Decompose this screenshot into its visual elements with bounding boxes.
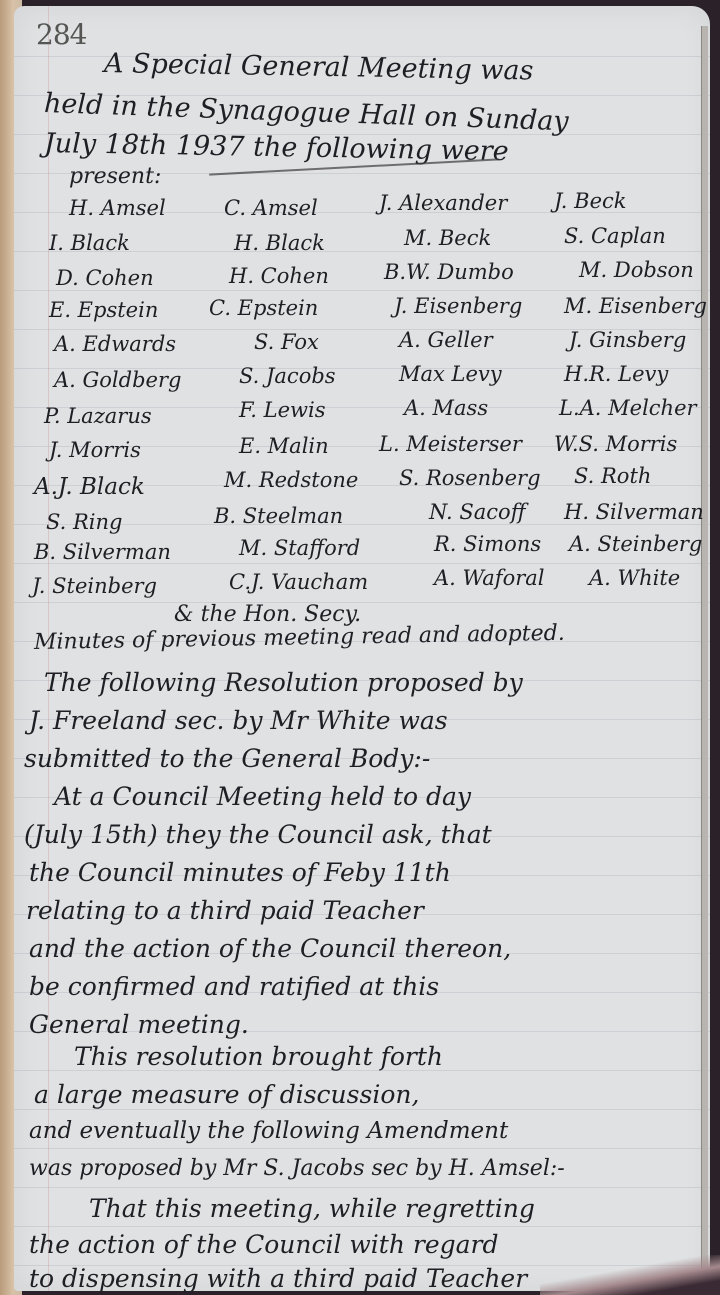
attendee-name: M. Dobson: [579, 258, 694, 282]
attendee-name: H.R. Levy: [564, 362, 668, 386]
resolution-line: The following Resolution proposed by: [44, 668, 523, 697]
attendee-name: C.J. Vaucham: [229, 570, 368, 594]
page-edge: [701, 26, 708, 1286]
attendee-name: W.S. Morris: [554, 432, 677, 456]
attendee-name: J. Steinberg: [32, 574, 157, 598]
attendee-name: A. Edwards: [54, 332, 176, 356]
intro-line: present:: [69, 164, 161, 189]
attendee-name: A. White: [589, 566, 680, 590]
resolution-line: (July 15th) they the Council ask, that: [24, 820, 492, 849]
attendee-name: I. Black: [49, 231, 130, 255]
attendee-name: F. Lewis: [239, 398, 326, 422]
attendee-name: J. Alexander: [379, 191, 507, 215]
resolution-line: At a Council Meeting held to day: [54, 782, 471, 811]
attendee-name: S. Caplan: [564, 224, 666, 248]
attendee-name: A. Goldberg: [54, 368, 181, 392]
discussion-line: and eventually the following Amendment: [29, 1118, 508, 1144]
attendee-name: M. Eisenberg: [564, 294, 707, 318]
attendee-name: B. Steelman: [214, 504, 343, 528]
discussion-line: This resolution brought forth: [74, 1042, 443, 1071]
attendee-name: C. Epstein: [209, 296, 318, 320]
attendee-name: R. Simons: [434, 532, 541, 556]
attendee-name: M. Stafford: [239, 536, 360, 560]
resolution-line: submitted to the General Body:-: [24, 744, 430, 773]
attendee-name: E. Malin: [239, 434, 329, 458]
attendee-name: M. Beck: [404, 226, 491, 250]
amendment-line: the action of the Council with regard: [29, 1230, 499, 1259]
resolution-line: relating to a third paid Teacher: [26, 896, 424, 925]
attendee-name: A.J. Black: [34, 474, 145, 500]
attendee-name: S. Jacobs: [239, 364, 336, 388]
attendee-name: C. Amsel: [224, 196, 318, 220]
amendment-line: to dispensing with a third paid Teacher: [29, 1264, 527, 1293]
attendee-name: D. Cohen: [56, 266, 154, 290]
amendment-line: That this meeting, while regretting: [89, 1194, 535, 1223]
attendee-name: L. Meisterser: [379, 432, 522, 456]
attendee-name: J. Beck: [554, 189, 627, 213]
attendee-name: S. Fox: [254, 330, 319, 354]
page-curl: [540, 1255, 720, 1295]
attendee-name: H. Amsel: [69, 196, 166, 220]
resolution-line: and the action of the Council thereon,: [29, 934, 511, 963]
attendee-name: S. Roth: [574, 464, 651, 488]
resolution-line: be confirmed and ratified at this: [29, 972, 439, 1001]
attendee-name: E. Epstein: [49, 298, 158, 322]
attendee-name: H. Cohen: [229, 264, 329, 288]
page-number: 284: [36, 18, 86, 51]
intro-line: A Special General Meeting was: [104, 48, 534, 86]
resolution-line: J. Freeland sec. by Mr White was: [29, 706, 448, 735]
attendee-name: A. Waforal: [434, 566, 545, 590]
resolution-line: General meeting.: [29, 1010, 249, 1039]
attendee-name: J. Morris: [49, 438, 141, 462]
attendee-name: A. Mass: [404, 396, 488, 420]
attendee-name: M. Redstone: [224, 468, 358, 492]
attendee-name: A. Geller: [399, 328, 493, 352]
secretary-line: & the Hon. Secy.: [174, 602, 361, 627]
attendee-name: B. Silverman: [34, 540, 171, 564]
attendee-name: P. Lazarus: [44, 404, 152, 428]
resolution-line: the Council minutes of Feby 11th: [29, 858, 451, 887]
attendee-name: H. Black: [234, 231, 325, 255]
attendee-name: S. Ring: [46, 510, 122, 534]
attendee-name: S. Rosenberg: [399, 466, 541, 490]
attendee-name: N. Sacoff: [429, 500, 526, 524]
attendee-name: J. Eisenberg: [394, 294, 522, 318]
attendee-name: Max Levy: [399, 362, 502, 386]
attendee-name: A. Steinberg: [569, 532, 702, 556]
attendee-name: H. Silverman: [564, 500, 704, 524]
attendee-name: B.W. Dumbo: [384, 260, 514, 284]
attendee-name: J. Ginsberg: [569, 328, 686, 352]
attendee-name: L.A. Melcher: [559, 396, 697, 420]
minutes-line: Minutes of previous meeting read and ado…: [34, 621, 565, 655]
amendment-line: was proposed by Mr S. Jacobs sec by H. A…: [29, 1156, 565, 1181]
ledger-page: 284 A Special General Meeting was held i…: [14, 6, 710, 1291]
discussion-line: a large measure of discussion,: [34, 1080, 419, 1109]
